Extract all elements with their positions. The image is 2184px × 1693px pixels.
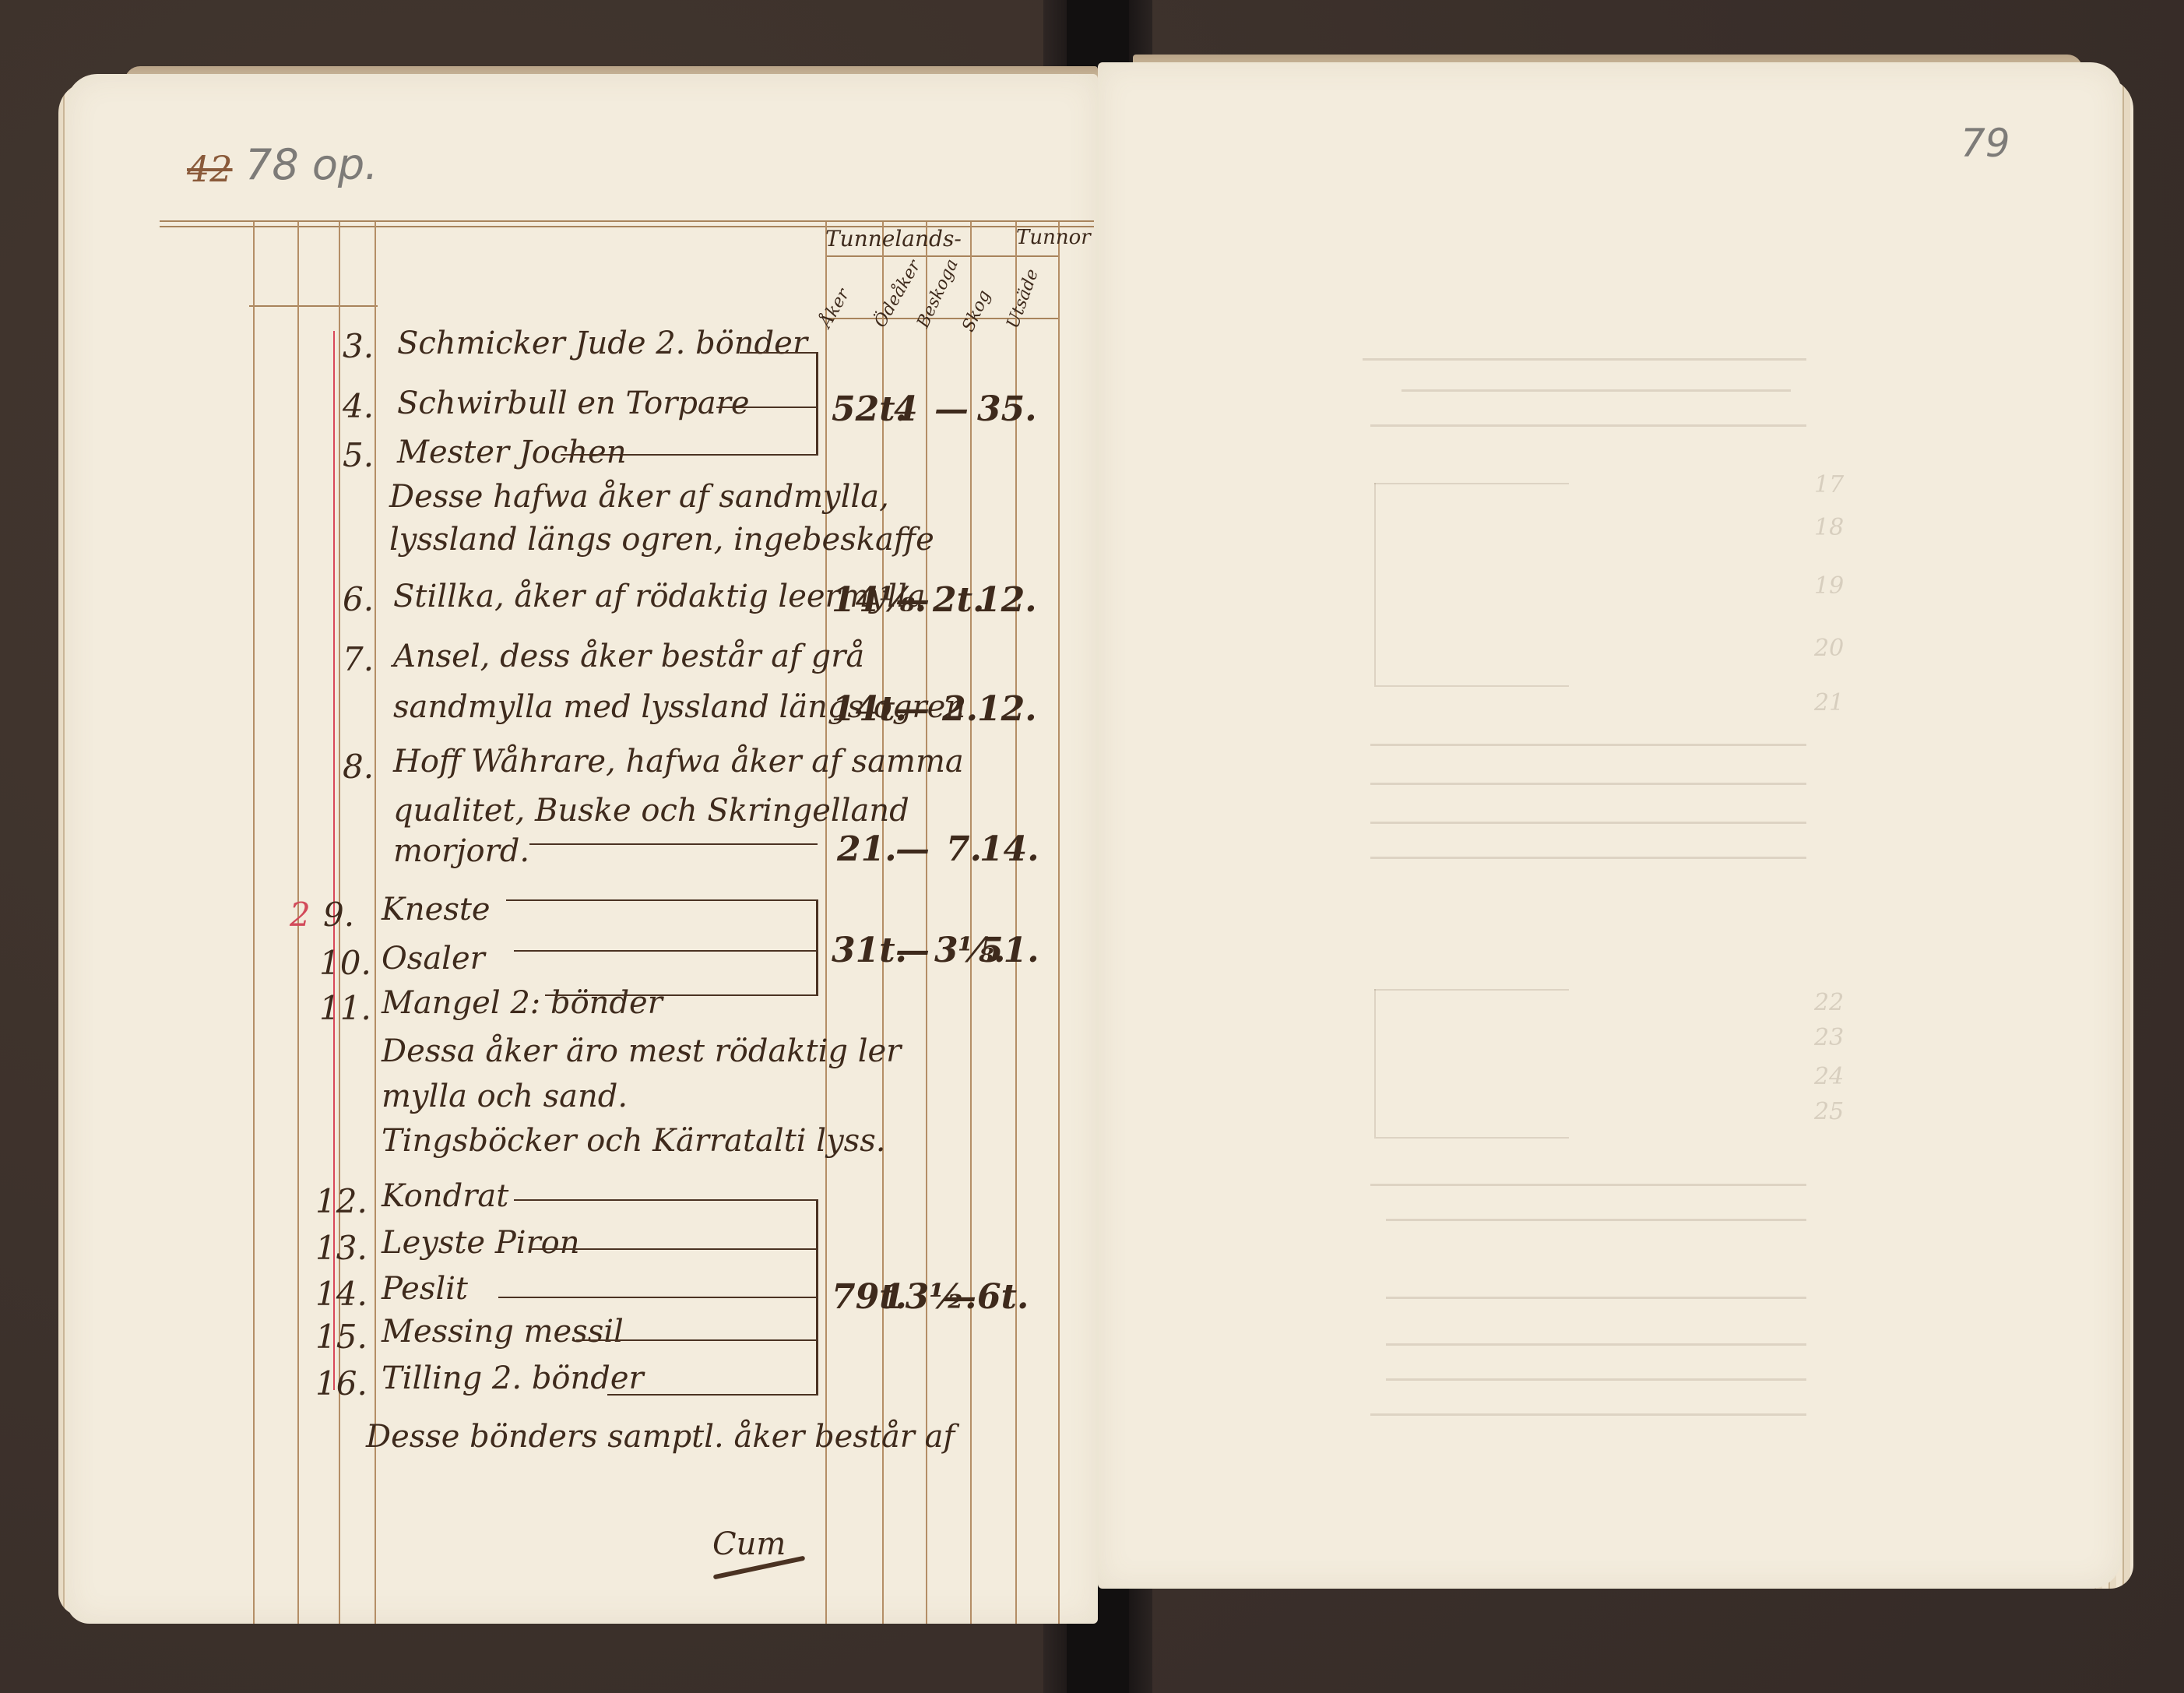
entry-number: 14. [315, 1275, 368, 1313]
entry-text: lyssland längs ogren, ingebeskaffe [389, 522, 934, 558]
amount-aker: 21. [837, 829, 897, 869]
column-rule [1015, 222, 1017, 1624]
entry-text: morjord. [393, 833, 529, 869]
entry-number: 10. [319, 944, 371, 982]
amount-skog: 35. [977, 389, 1037, 429]
entry-text: Leyste Piron [382, 1225, 580, 1261]
column-rule [375, 222, 376, 1624]
entry-connector [545, 994, 818, 996]
entry-number: 12. [315, 1182, 368, 1220]
entry-text: Kneste [382, 892, 491, 927]
folio-number-pencil: 78 op. [245, 140, 378, 189]
bleed-through-writing [1401, 389, 1791, 392]
entry-text: Messing messil [382, 1314, 624, 1350]
bleed-through-writing [1363, 358, 1806, 361]
bleed-through-number: 21 [1814, 689, 1844, 716]
entry-connector [561, 454, 818, 456]
group-bracket [816, 1199, 818, 1396]
amount-odeaker: — [895, 931, 930, 970]
entry-text: Tilling 2. bönder [382, 1360, 644, 1396]
entry-text: mylla och sand. [382, 1079, 628, 1114]
entry-text: qualitet, Buske och Skringelland [393, 793, 909, 829]
bleed-through-box [1374, 483, 1376, 685]
amount-beskoga: 7. [946, 829, 982, 869]
amount-skog: 6t. [977, 1277, 1029, 1317]
entry-number: 16. [315, 1364, 368, 1403]
folio-number-right: 79 [1961, 121, 2010, 166]
column-rule [882, 222, 884, 1624]
entry-connector [506, 899, 818, 901]
entry-text: Mangel 2: bönder [382, 985, 663, 1021]
entry-text: Osaler [382, 941, 485, 977]
column-rule [970, 222, 972, 1624]
bleed-through-writing [1386, 1219, 1806, 1221]
entry-text: Desse bönders samptl. åker består af [366, 1419, 955, 1455]
bleed-through-box [1374, 685, 1569, 687]
amount-odeaker: 4 [894, 389, 918, 429]
entry-connector [576, 1339, 818, 1341]
column-rule [1058, 222, 1060, 1624]
entry-number: 3. [343, 327, 374, 365]
entry-number: 8. [343, 748, 374, 786]
header-rule-group [825, 255, 1059, 257]
amount-odeaker: — [895, 829, 930, 869]
bleed-through-writing [1370, 783, 1806, 785]
bleed-through-number: 25 [1814, 1098, 1844, 1125]
entry-number: 9. [323, 896, 354, 934]
entry-text: Kondrat [382, 1178, 508, 1214]
bleed-through-box [1374, 989, 1569, 991]
amount-skog: 14. [979, 829, 1039, 869]
entry-text: Hoff Wåhrare, hafwa åker af samma [393, 744, 964, 780]
group-bracket [816, 899, 818, 996]
bleed-through-writing [1370, 1413, 1806, 1416]
entry-number: 13. [315, 1229, 368, 1267]
bleed-through-writing [1386, 1378, 1806, 1381]
right-page [1098, 62, 2122, 1589]
entry-number: 15. [315, 1318, 368, 1356]
entry-text: Schwirbull en Torpare [397, 385, 750, 421]
entry-number: 5. [343, 436, 374, 474]
bleed-through-number: 24 [1814, 1063, 1844, 1090]
bleed-through-number: 17 [1814, 471, 1844, 498]
amount-odeaker: — [895, 580, 930, 620]
entry-text: Ansel, dess åker består af grå [393, 639, 864, 674]
group-bracket [816, 352, 818, 456]
bleed-through-writing [1370, 822, 1806, 824]
entry-connector [740, 352, 818, 354]
entry-connector [529, 843, 818, 845]
entry-connector [529, 1248, 818, 1250]
entry-connector [498, 1297, 818, 1298]
entry-text: Schmicker Jude 2. bönder [397, 326, 807, 361]
bleed-through-writing [1370, 857, 1806, 859]
entry-connector [514, 1199, 818, 1201]
folio-number-struck: 42 [187, 148, 233, 190]
header-rule-top [160, 220, 1094, 222]
column-rule [253, 222, 255, 1624]
bleed-through-box [1374, 483, 1569, 484]
bleed-through-writing [1370, 424, 1806, 427]
red-margin-mark: 2 [290, 896, 311, 934]
bleed-through-number: 19 [1814, 572, 1844, 600]
entry-number: 11. [319, 989, 371, 1027]
bleed-through-number: 23 [1814, 1024, 1844, 1051]
entry-text: Tingsböcker och Kärratalti lyss. [382, 1123, 885, 1159]
bleed-through-number: 20 [1814, 635, 1844, 662]
column-rule [926, 222, 927, 1624]
bleed-through-writing [1386, 1297, 1806, 1299]
amount-skog: 12. [977, 689, 1037, 729]
bleed-through-number: 22 [1814, 989, 1844, 1016]
entry-connector [607, 1394, 818, 1396]
signature: Cum [712, 1526, 786, 1562]
entry-number: 4. [343, 387, 374, 425]
amount-odeaker: — [895, 689, 930, 729]
entry-text: Mester Jochen [397, 435, 626, 470]
entry-text: Desse hafwa åker af sandmylla, [389, 479, 889, 515]
entry-connector [716, 407, 818, 408]
entry-connector [514, 950, 818, 952]
entry-text: Peslit [382, 1271, 468, 1307]
bleed-through-number: 18 [1814, 514, 1844, 541]
column-rule [825, 222, 827, 1624]
amount-skog: 51. [979, 931, 1039, 970]
amount-beskoga: — [942, 1277, 976, 1317]
bleed-through-box [1374, 1137, 1569, 1139]
amount-beskoga: 2. [942, 689, 978, 729]
amount-skog: 12. [977, 580, 1037, 620]
bleed-through-writing [1370, 1184, 1806, 1186]
column-group-header-tunnland: Tunnelands- [825, 226, 962, 252]
entry-text: Dessa åker äro mest rödaktig ler [382, 1033, 901, 1069]
entry-number: 7. [343, 640, 374, 678]
amount-beskoga: — [934, 389, 969, 429]
column-group-header-tunnor: Tunnor [1016, 226, 1091, 249]
bleed-through-writing [1370, 744, 1806, 746]
entry-number: 6. [343, 580, 374, 618]
bleed-through-box [1374, 989, 1376, 1137]
header-rule-left-box [249, 305, 378, 307]
bleed-through-writing [1386, 1343, 1806, 1346]
